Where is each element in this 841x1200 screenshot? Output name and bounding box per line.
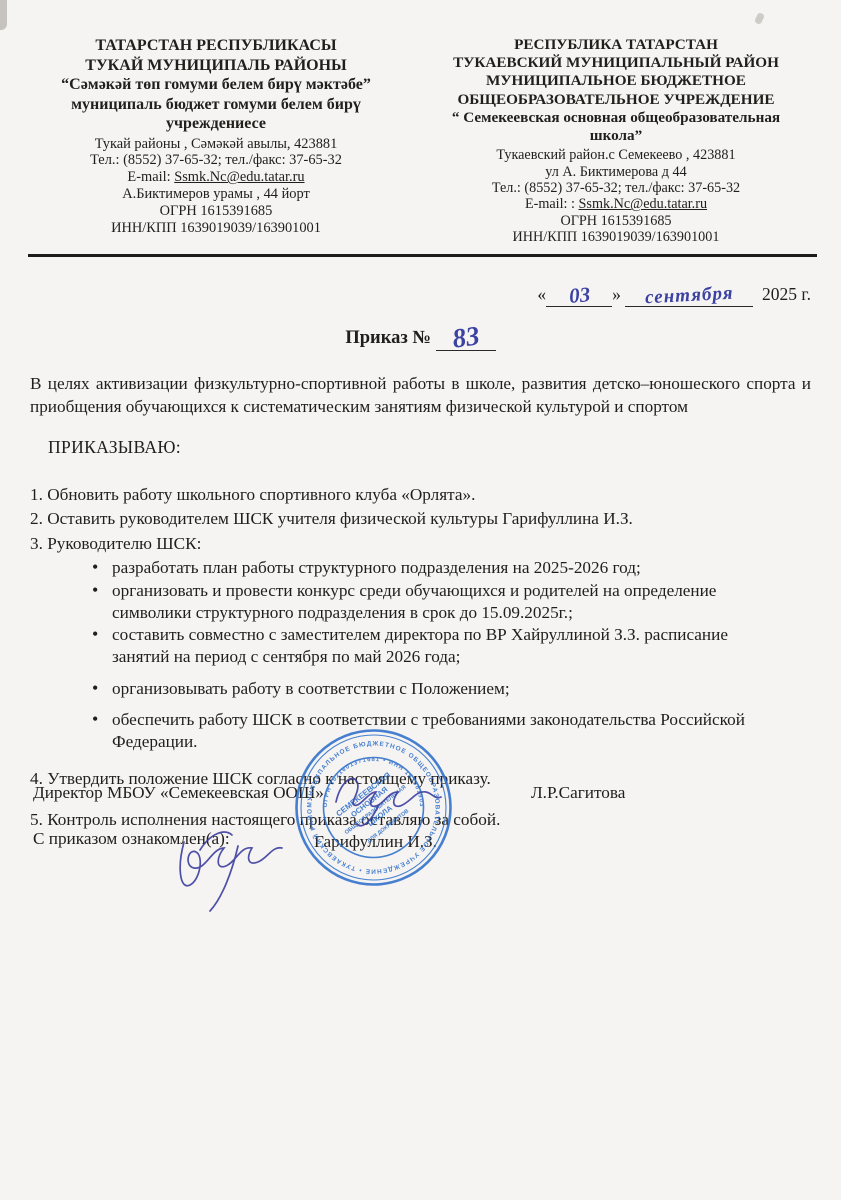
org-phone: Тел.: (8552) 37-65-32; тел./факс: 37-65-…	[415, 180, 817, 196]
ack-signature-descender	[210, 846, 238, 911]
org-name-line: муниципаль бюджет гомуми белем бирү	[30, 95, 402, 115]
org-block-russian: РЕСПУБЛИКА ТАТАРСТАН ТУКАЕВСКИЙ МУНИЦИПА…	[415, 36, 817, 245]
order-label: Приказ №	[345, 328, 431, 348]
org-name-line: “Сәмәкәй төп гомуми белем бирү мәктәбе”	[30, 75, 402, 95]
org-email-line: E-mail: Ssmk.Nc@edu.tatar.ru	[30, 169, 402, 186]
org-name-line: “ Семекеевская основная общеобразователь…	[415, 109, 817, 127]
scanned-order-document: ТАТАРСТАН РЕСПУБЛИКАСЫ ТУКАЙ МУНИЦИПАЛЬ …	[0, 0, 841, 1200]
bullet-list: разработать план работы структурного под…	[30, 557, 811, 752]
handwritten-order-number: 83	[451, 321, 482, 355]
email-label: E-mail:	[127, 169, 170, 185]
date-day-blank: 03	[546, 281, 612, 307]
ack-signature-loop	[200, 832, 232, 850]
org-phone: Тел.: (8552) 37-65-32; тел./факс: 37-65-…	[30, 152, 402, 169]
email-link: Ssmk.Nc@edu.tatar.ru	[174, 169, 304, 185]
date-year: 2025 г.	[762, 284, 811, 304]
ack-signature	[180, 842, 282, 886]
handwritten-day: 03	[568, 282, 591, 309]
intro-paragraph: В целях активизации физкультурно-спортив…	[30, 373, 811, 419]
handwritten-month: сентября	[645, 283, 735, 310]
org-ogrn: ОГРН 1615391685	[415, 213, 817, 229]
date-month-blank: сентября	[625, 284, 753, 307]
bullet-item: разработать план работы структурного под…	[90, 557, 772, 579]
org-name-line: учреждениесе	[30, 114, 402, 134]
org-name-line: ТАТАРСТАН РЕСПУБЛИКАСЫ	[30, 36, 402, 56]
org-address: ул А. Биктимерова д 44	[415, 164, 817, 180]
org-name-line: МУНИЦИПАЛЬНОЕ БЮДЖЕТНОЕ	[415, 72, 817, 90]
org-inn: ИНН/КПП 1639019039/163901001	[415, 229, 817, 245]
order-item-1: 1. Обновить работу школьного спортивного…	[30, 484, 811, 506]
scan-artifact	[0, 0, 7, 30]
quote-close: »	[612, 284, 621, 304]
order-number-blank: 83	[436, 319, 496, 351]
director-signature	[336, 778, 441, 806]
director-signature-flourish	[357, 806, 378, 826]
org-address: А.Биктимеров урамы , 44 йорт	[30, 186, 402, 203]
order-title: Приказ № 83	[0, 319, 841, 351]
director-name: Л.Р.Сагитова	[531, 783, 625, 803]
bullet-item: организовать и провести конкурс среди об…	[90, 580, 772, 623]
email-label: E-mail: :	[525, 196, 575, 212]
bullet-item: составить совместно с заместителем дирек…	[90, 624, 772, 667]
bullet-item: организовывать работу в соответствии с П…	[90, 678, 772, 700]
org-address: Тукай районы , Сәмәкәй авылы, 423881	[30, 136, 402, 153]
header-divider	[28, 254, 817, 257]
org-inn: ИНН/КПП 1639019039/163901001	[30, 220, 402, 237]
org-block-tatar: ТАТАРСТАН РЕСПУБЛИКАСЫ ТУКАЙ МУНИЦИПАЛЬ …	[30, 36, 402, 245]
quote-open: «	[537, 284, 546, 304]
email-link: Ssmk.Nc@edu.tatar.ru	[579, 196, 708, 212]
letterhead: ТАТАРСТАН РЕСПУБЛИКАСЫ ТУКАЙ МУНИЦИПАЛЬ …	[0, 0, 841, 245]
order-item-3: 3. Руководителю ШСК:	[30, 533, 811, 555]
org-name-line: ОБЩЕОБРАЗОВАТЕЛЬНОЕ УЧРЕЖДЕНИЕ	[415, 91, 817, 109]
org-name-line: РЕСПУБЛИКА ТАТАРСТАН	[415, 36, 817, 54]
org-name-line: ТУКАЙ МУНИЦИПАЛЬ РАЙОНЫ	[30, 56, 402, 76]
org-name-line: ТУКАЕВСКИЙ МУНИЦИПАЛЬНЫЙ РАЙОН	[415, 54, 817, 72]
handwritten-signatures	[140, 750, 480, 920]
order-item-2: 2. Оставить руководителем ШСК учителя фи…	[30, 508, 811, 530]
org-name-line: школа”	[415, 127, 817, 145]
resolve-word: ПРИКАЗЫВАЮ:	[48, 437, 841, 458]
org-ogrn: ОГРН 1615391685	[30, 203, 402, 220]
org-address: Тукаевский район.с Семекеево , 423881	[415, 147, 817, 163]
org-email-line: E-mail: : Ssmk.Nc@edu.tatar.ru	[415, 196, 817, 212]
date-line: «03» сентября 2025 г.	[0, 281, 811, 307]
